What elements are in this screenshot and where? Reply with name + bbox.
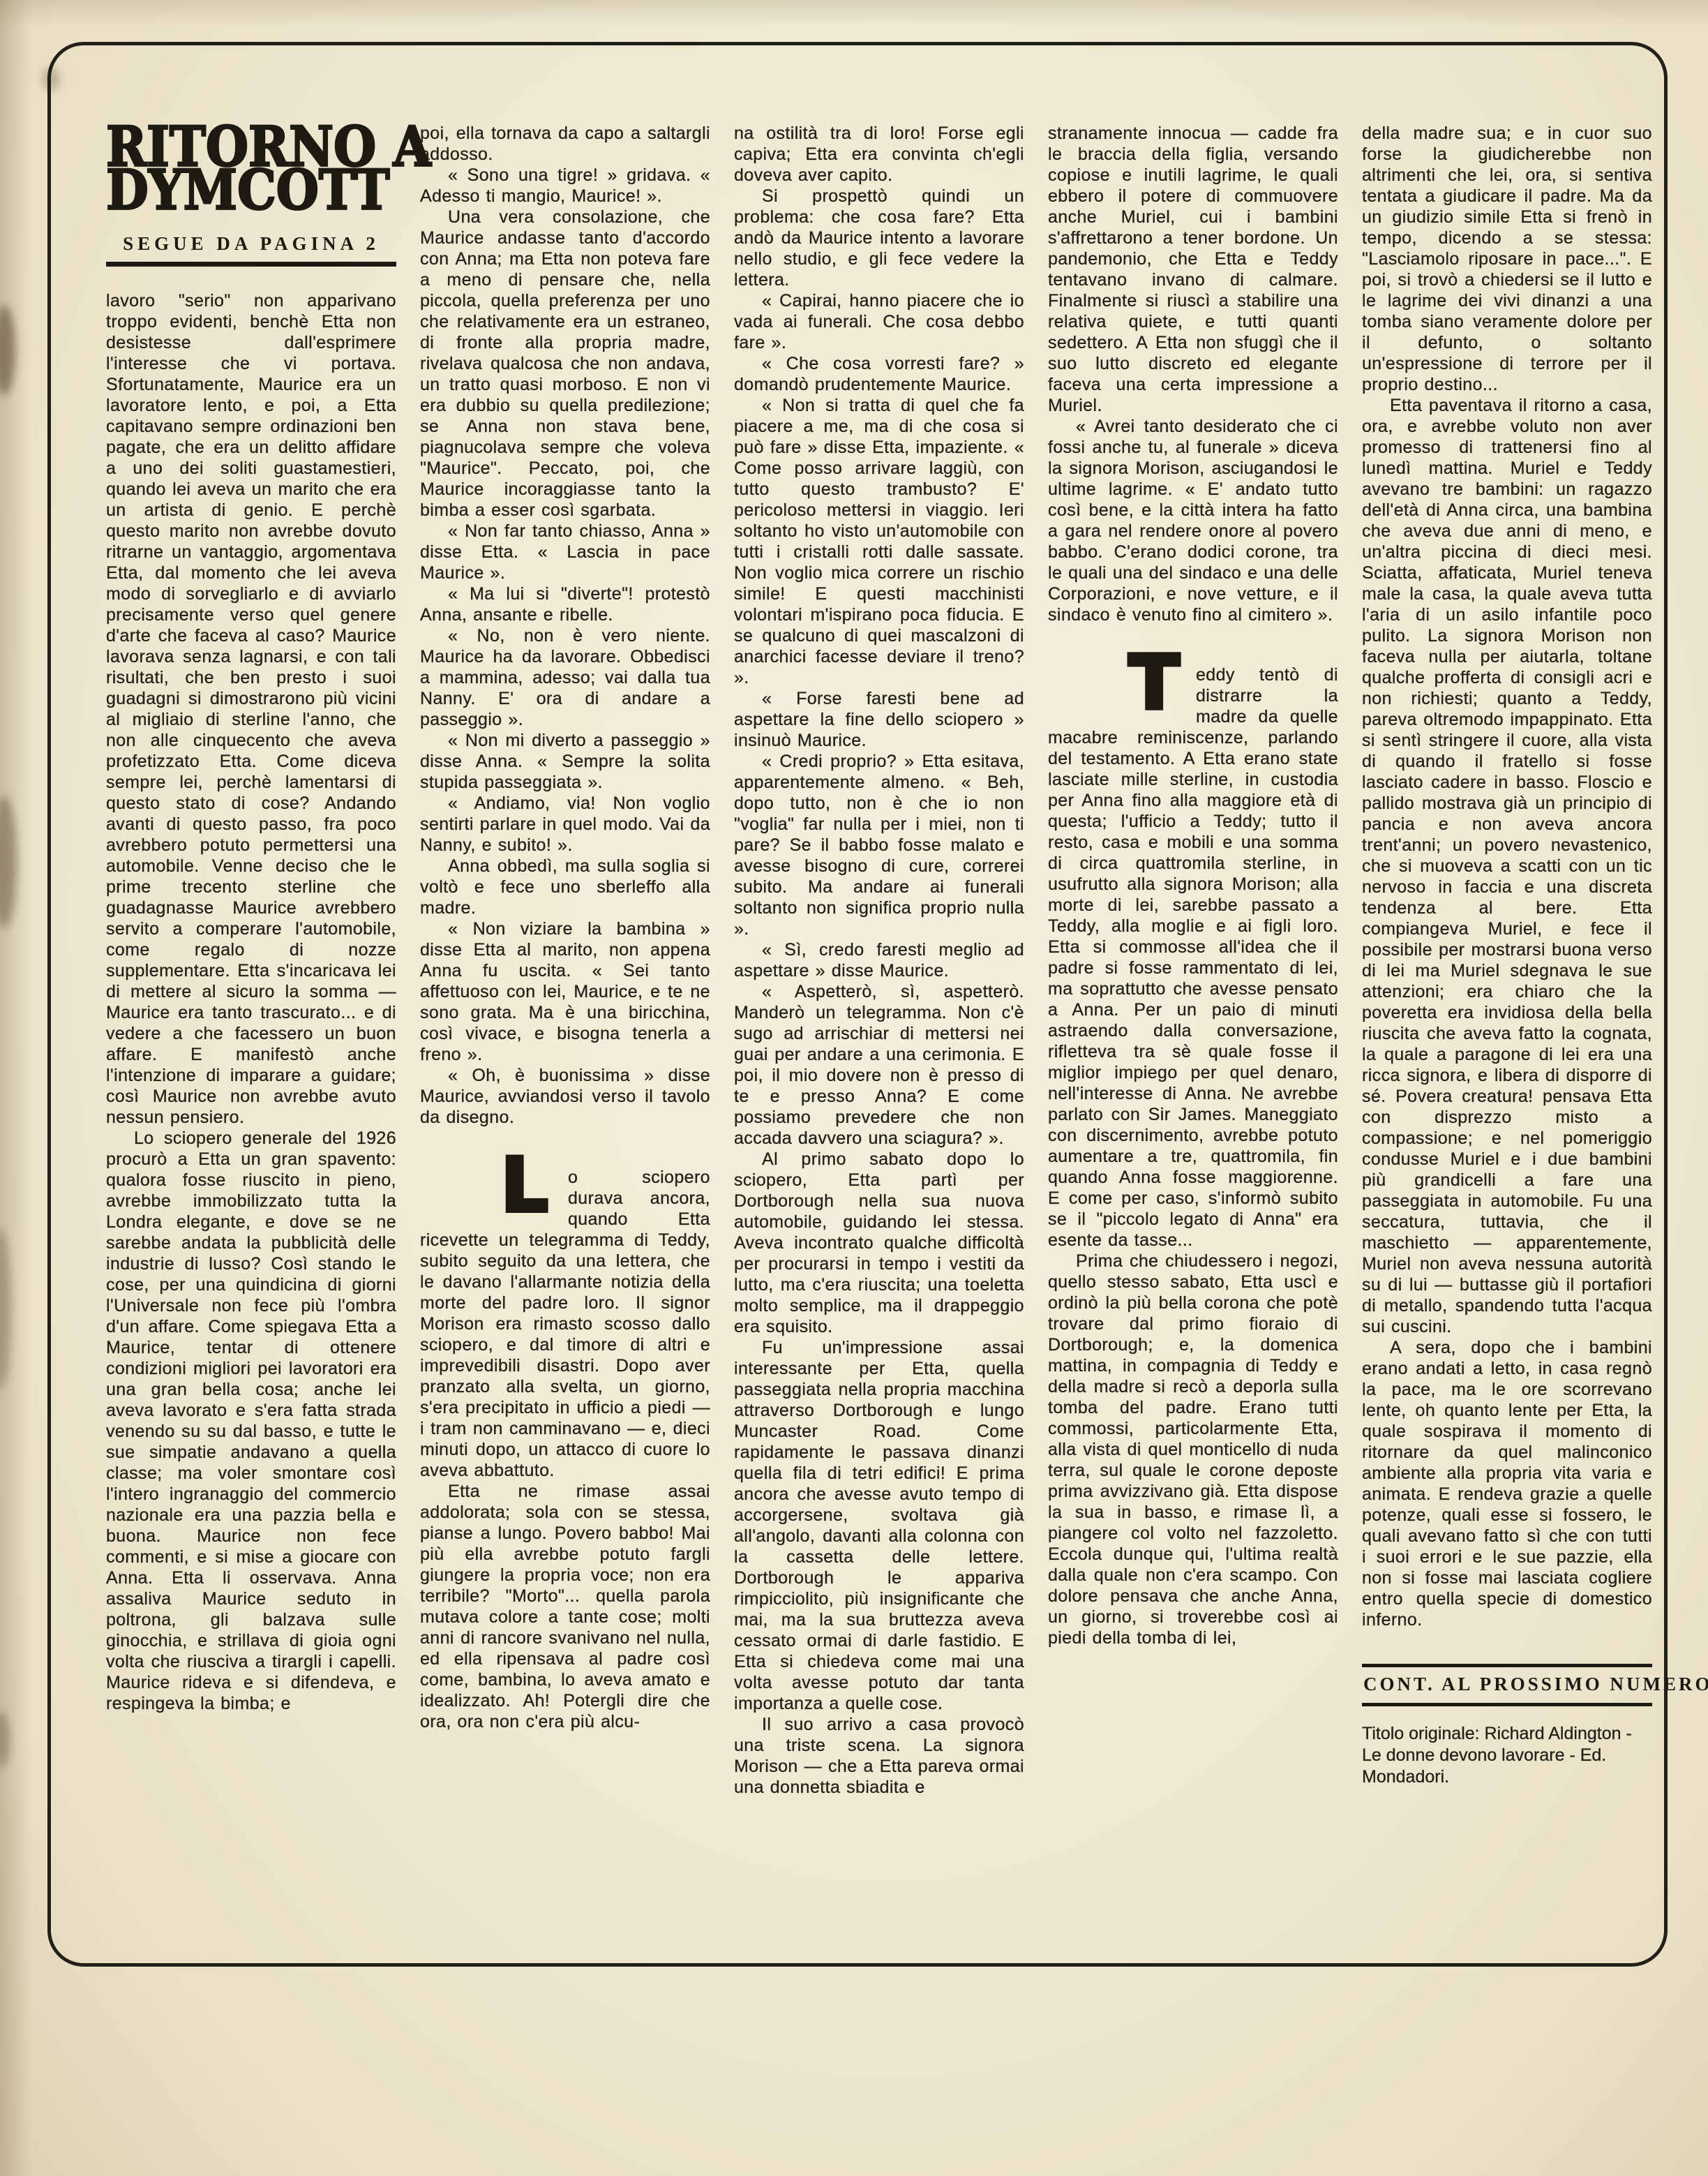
paragraph: Anna obbedì, ma sulla soglia si voltò e … — [420, 856, 710, 918]
paragraph: « No, non è vero niente. Maurice ha da l… — [420, 625, 710, 730]
paragraph-with-dropcap: Teddy tentò di distrarre la madre da que… — [1048, 664, 1338, 1251]
continued-from-note: SEGUE DA PAGINA 2 — [106, 233, 396, 255]
paragraph: « Sì, credo faresti meglio ad aspettare … — [734, 939, 1024, 981]
paper-edge-shading-top — [0, 0, 1708, 27]
paragraph: della madre sua; e in cuor suo forse la … — [1362, 123, 1652, 395]
paragraph: « Forse faresti bene ad aspettare la fin… — [734, 688, 1024, 751]
article-title-line2: DYMCOTT — [106, 166, 396, 214]
paragraph: na ostilità tra di loro! Forse egli capi… — [734, 123, 1024, 186]
paragraph-text: o sciopero durava ancora, quando Etta ri… — [420, 1168, 710, 1480]
column-4: stranamente innocua — cadde fra le bracc… — [1048, 123, 1338, 1805]
paragraph: « Capirai, hanno piacere che io vada ai … — [734, 290, 1024, 353]
paragraph: « Credi proprio? » Etta esitava, apparen… — [734, 751, 1024, 939]
paragraph: Fu un'impressione assai interessante per… — [734, 1337, 1024, 1714]
paragraph: « Che cosa vorresti fare? » domandò prud… — [734, 353, 1024, 395]
paragraph: Prima che chiudessero i negozi, quello s… — [1048, 1251, 1338, 1648]
paragraph: poi, ella tornava da capo a saltargli ad… — [420, 123, 710, 165]
paragraph: Una vera consolazione, che Maurice andas… — [420, 207, 710, 521]
paragraph: « Andiamo, via! Non voglio sentirti parl… — [420, 793, 710, 856]
paragraph: « Non viziare la bambina » disse Etta al… — [420, 918, 710, 1065]
paragraph: « Non mi diverto a passeggio » disse Ann… — [420, 730, 710, 793]
footer: CONT. AL PROSSIMO NUMERO Titolo original… — [1362, 1664, 1652, 1788]
footer-rule-bottom — [1362, 1703, 1652, 1706]
paragraph: lavoro "serio" non apparivano troppo evi… — [106, 290, 396, 1128]
paragraph: A sera, dopo che i bambini erano andati … — [1362, 1337, 1652, 1630]
paragraph: Etta paventava il ritorno a casa, ora, e… — [1362, 395, 1652, 1337]
paragraph: Il suo arrivo a casa provocò una triste … — [734, 1714, 1024, 1798]
paragraph: « Ma lui si "diverte"! protestò Anna, an… — [420, 583, 710, 625]
original-title-attribution: Titolo originale: Richard Aldington - Le… — [1362, 1723, 1652, 1788]
magazine-page: RITORNO A DYMCOTT SEGUE DA PAGINA 2 lavo… — [0, 0, 1708, 2176]
column-5: della madre sua; e in cuor suo forse la … — [1362, 123, 1652, 1805]
paragraph: Al primo sabato dopo lo sciopero, Etta p… — [734, 1149, 1024, 1337]
paragraph: « Non far tanto chiasso, Anna » disse Et… — [420, 521, 710, 583]
title-divider-rule — [106, 262, 396, 267]
paragraph: « Avrei tanto desiderato che ci fossi an… — [1048, 416, 1338, 625]
dropcap-letter: L — [501, 1149, 548, 1223]
paragraph: « Sono una tigre! » gridava. « Adesso ti… — [420, 165, 710, 207]
dropcap-letter: T — [1129, 646, 1180, 720]
paragraph: Etta ne rimase assai addolorata; sola co… — [420, 1481, 710, 1732]
column-1: RITORNO A DYMCOTT SEGUE DA PAGINA 2 lavo… — [106, 123, 396, 1805]
column-2: poi, ella tornava da capo a saltargli ad… — [420, 123, 710, 1805]
paragraph: Si prospettò quindi un problema: che cos… — [734, 186, 1024, 290]
continuation-notice: CONT. AL PROSSIMO NUMERO — [1362, 1667, 1652, 1703]
article-title-block: RITORNO A DYMCOTT SEGUE DA PAGINA 2 — [106, 123, 396, 267]
paragraph: stranamente innocua — cadde fra le bracc… — [1048, 123, 1338, 416]
paragraph: Lo sciopero generale del 1926 procurò a … — [106, 1128, 396, 1714]
paragraph: « Aspetterò, sì, aspetterò. Manderò un t… — [734, 981, 1024, 1149]
paragraph: « Oh, è buonissima » disse Maurice, avvi… — [420, 1065, 710, 1128]
text-columns: RITORNO A DYMCOTT SEGUE DA PAGINA 2 lavo… — [106, 123, 1652, 1805]
column-3: na ostilità tra di loro! Forse egli capi… — [734, 123, 1024, 1805]
paragraph-text: eddy tentò di distrarre la madre da quel… — [1048, 665, 1338, 1250]
paragraph: « Non si tratta di quel che fa piacere a… — [734, 395, 1024, 688]
paragraph-with-dropcap: Lo sciopero durava ancora, quando Etta r… — [420, 1167, 710, 1481]
